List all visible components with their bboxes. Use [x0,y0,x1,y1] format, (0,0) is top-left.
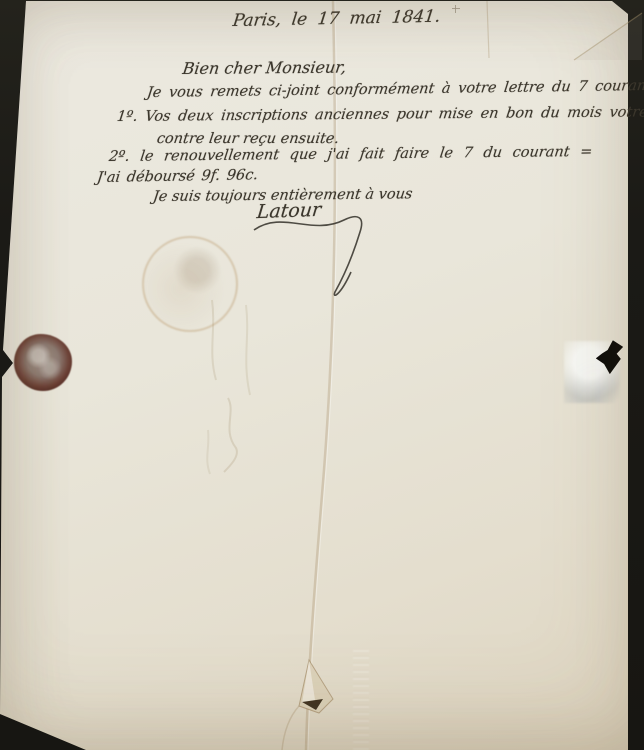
ink-speck-cross [452,5,460,13]
watermark-ghost-text [353,650,369,750]
letter-body-line-3: contre leur reçu ensuite. [156,131,340,147]
letter-salutation: Bien cher Monsieur, [181,58,347,78]
wax-seal-stain [14,334,72,391]
postmark-circle [142,236,238,332]
letter-scan: Paris, le 17 mai 1841. Bien cher Monsieu… [0,0,644,750]
letter-body-line-5: J'ai déboursé 9f. 96c. [96,167,259,186]
letter-signature: Latour [256,199,323,223]
